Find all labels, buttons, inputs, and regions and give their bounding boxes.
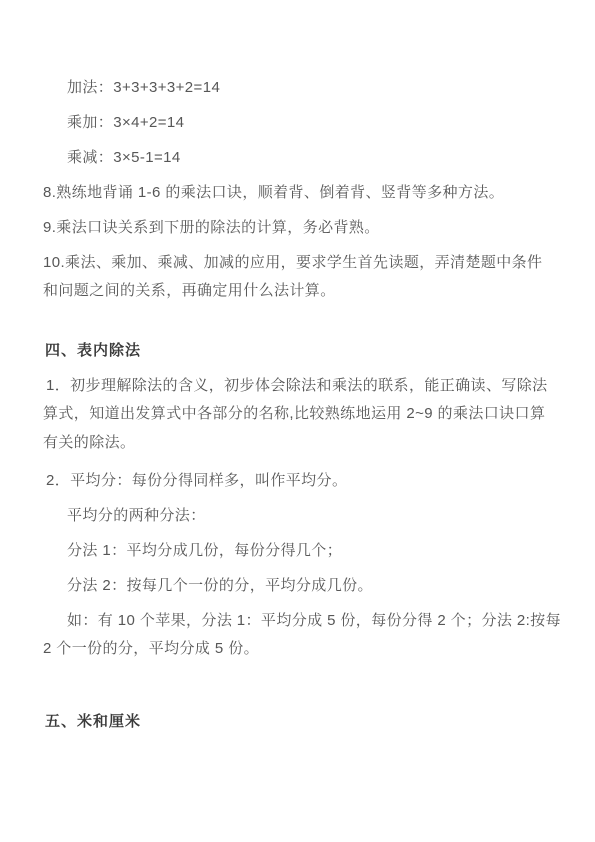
section4-point-1-line-2: 算式，知道出发算式中各部分的名称,比较熟练地运用 2~9 的乘法口诀口算 — [43, 405, 545, 422]
methods-intro-line: 平均分的两种分法： — [67, 507, 206, 524]
example-multiply-add-line: 乘加：3×4+2=14 — [67, 114, 184, 131]
method-2-line: 分法 2：按每几个一份的分，平均分成几份。 — [67, 577, 373, 594]
section-4-heading: 四、表内除法 — [45, 342, 141, 359]
method-1-line: 分法 1：平均分成几份，每份分得几个； — [67, 542, 342, 559]
document-page: 加法：3+3+3+3+2=14 乘加：3×4+2=14 乘减：3×5-1=14 … — [0, 0, 595, 842]
example-multiply-subtract-line: 乘减：3×5-1=14 — [67, 149, 181, 166]
section-5-heading: 五、米和厘米 — [45, 713, 141, 730]
apples-example-line-2: 2 个一份的分，平均分成 5 份。 — [43, 640, 259, 657]
point-9-line: 9.乘法口诀关系到下册的除法的计算，务必背熟。 — [43, 219, 380, 236]
section4-point-1-line-1: 1．初步理解除法的含义，初步体会除法和乘法的联系，能正确读、写除法 — [46, 377, 548, 394]
apples-example-line-1: 如：有 10 个苹果，分法 1：平均分成 5 份，每份分得 2 个；分法 2:按… — [67, 612, 561, 629]
point-10-line-2: 和问题之间的关系，再确定用什么法计算。 — [43, 282, 336, 299]
example-addition-line: 加法：3+3+3+3+2=14 — [67, 79, 220, 96]
section4-point-2-line: 2．平均分：每份分得同样多，叫作平均分。 — [46, 472, 347, 489]
point-10-line-1: 10.乘法、乘加、乘减、加减的应用，要求学生首先读题，弄清楚题中条件 — [43, 254, 542, 271]
point-8-line: 8.熟练地背诵 1-6 的乘法口诀，顺着背、倒着背、竖背等多种方法。 — [43, 184, 504, 201]
section4-point-1-line-3: 有关的除法。 — [43, 434, 135, 451]
